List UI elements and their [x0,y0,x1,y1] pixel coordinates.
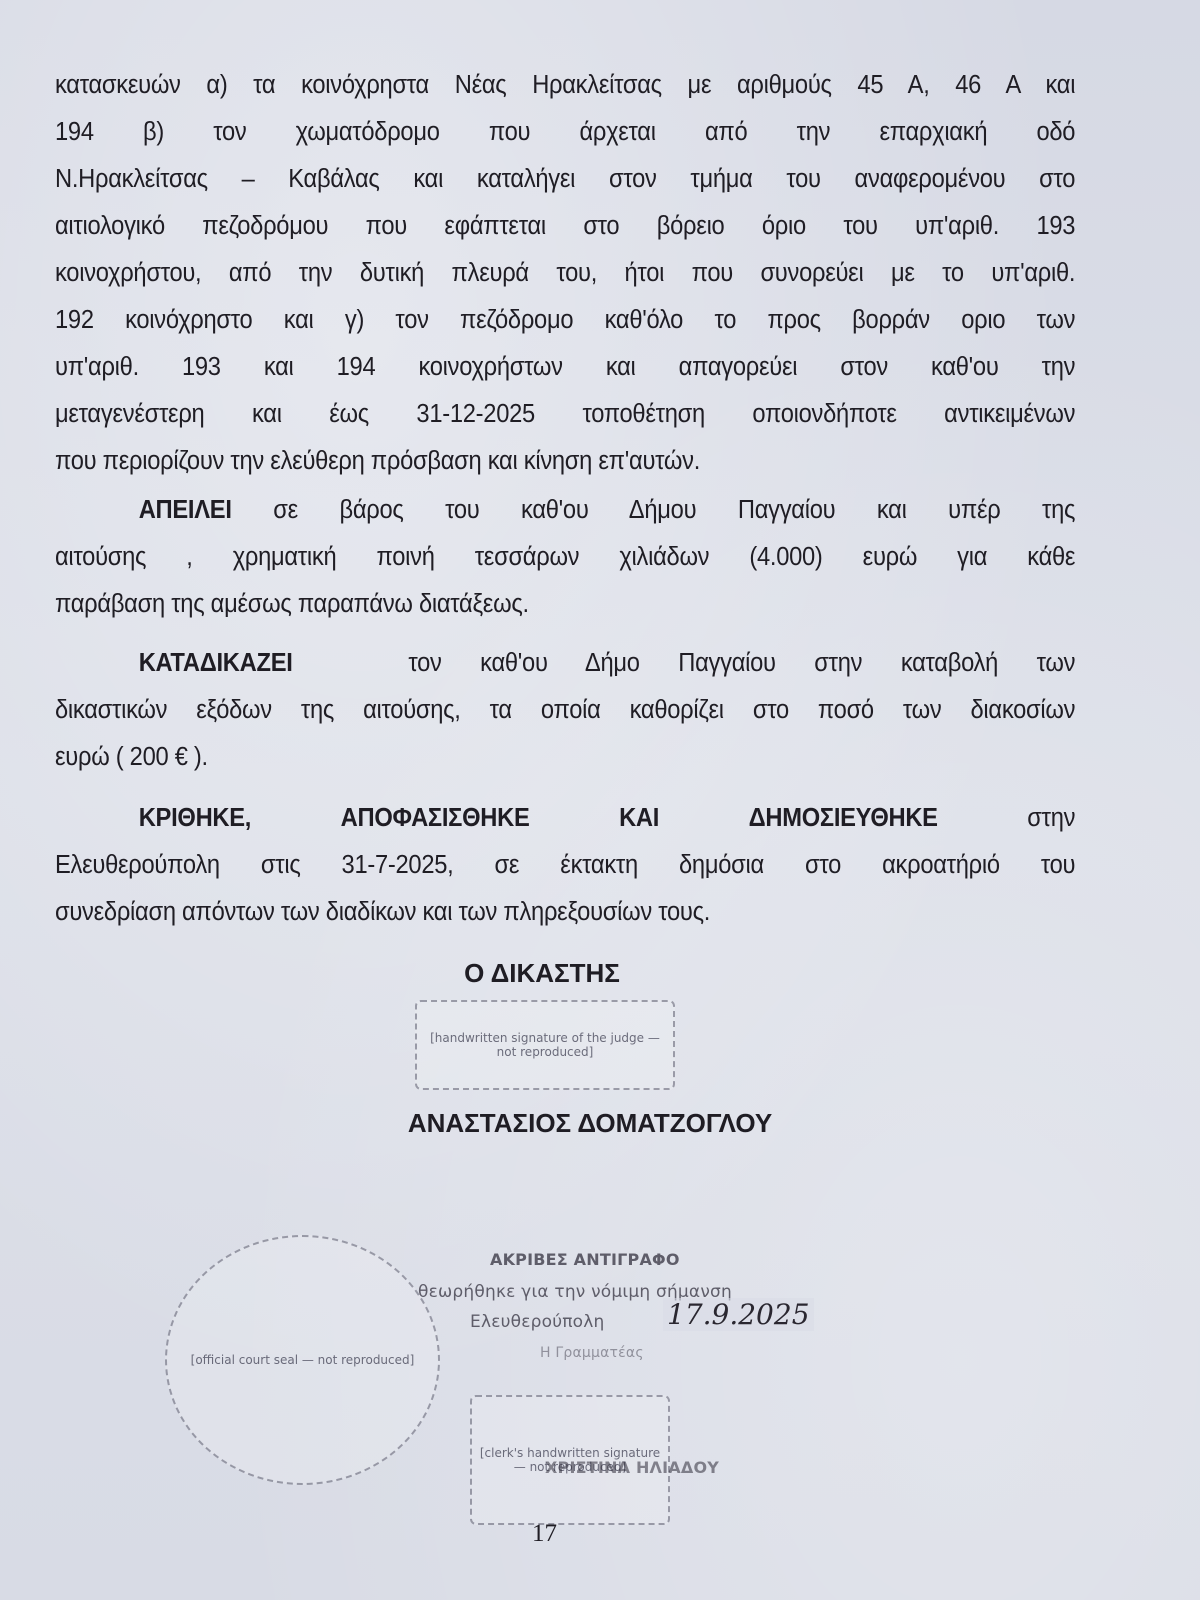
text-segment: σε βάρος του καθ'ου Δήμου Παγγαίου και υ… [273,496,1075,524]
text-line: υπ'αριθ. 193 και 194 κοινοχρήστων και απ… [55,344,1075,391]
ruling-keyword: ΑΠΟΦΑΣΙΣΘΗΚΕ [341,804,530,832]
text-line: μεταγενέστερη και έως 31-12-2025 τοποθέτ… [55,391,1075,438]
text-line: που περιορίζουν την ελεύθερη πρόσβαση κα… [55,438,1075,485]
text-line: 192 κοινόχρηστο και γ) τον πεζόδρομο καθ… [55,297,1075,344]
judge-title: Ο ΔΙΚΑΣΤΗΣ [0,958,1142,989]
document-page: κατασκευών α) τα κοινόχρηστα Νέας Ηρακλε… [0,0,1200,1600]
text-line: αιτούσης , χρηματική ποινή τεσσάρων χιλι… [55,534,1075,581]
paragraph-threatens: ΑΠΕΙΛΕΙ σε βάρος του καθ'ου Δήμου Παγγαί… [55,487,1075,628]
text-line: ΚΑΤΑΔΙΚΑΖΕΙ τον καθ'ου Δήμο Παγγαίου στη… [55,640,1075,687]
text-line: κατασκευών α) τα κοινόχρηστα Νέας Ηρακλε… [55,62,1075,109]
text-segment: τον καθ'ου Δήμο Παγγαίου στην καταβολή τ… [408,649,1075,677]
text-line: 194 β) τον χωματόδρομο που άρχεται από τ… [55,109,1075,156]
text-line: Ελευθερούπολη στις 31-7-2025, σε έκτακτη… [55,842,1075,889]
text-line: δικαστικών εξόδων της αιτούσης, τα οποία… [55,687,1075,734]
text-line: κοινοχρήστου, από την δυτική πλευρά του,… [55,250,1075,297]
paragraph-decided: ΚΡΙΘΗΚΕ, ΑΠΟΦΑΣΙΣΘΗΚΕ ΚΑΙ ΔΗΜΟΣΙΕΥΘΗΚΕ σ… [55,795,1075,936]
text-line: ευρώ ( 200 € ). [55,734,1075,781]
text-line: ΚΡΙΘΗΚΕ, ΑΠΟΦΑΣΙΣΘΗΚΕ ΚΑΙ ΔΗΜΟΣΙΕΥΘΗΚΕ σ… [55,795,1075,842]
ruling-keyword: ΑΠΕΙΛΕΙ [139,496,232,524]
certification-place: Ελευθερούπολη [470,1312,605,1332]
text-line: παράβαση της αμέσως παραπάνω διατάξεως. [55,581,1075,628]
page-number: 17 [532,1520,557,1548]
paragraph-orders-costs: ΚΑΤΑΔΙΚΑΖΕΙ τον καθ'ου Δήμο Παγγαίου στη… [55,640,1075,781]
ruling-keyword: ΚΑΙ [619,804,659,832]
text-line: συνεδρίαση απόντων των διαδίκων και των … [55,889,1075,936]
judge-name: ΑΝΑΣΤΑΣΙΟΣ ΔΟΜΑΤΖΟΓΛΟΥ [0,1108,1190,1139]
judge-signature-placeholder: [handwritten signature of the judge — no… [415,1000,675,1090]
certification-date: 17.9.2025 [663,1298,814,1331]
text-line: ΑΠΕΙΛΕΙ σε βάρος του καθ'ου Δήμου Παγγαί… [55,487,1075,534]
text-segment: στην [1027,804,1075,832]
ruling-keyword: ΚΑΤΑΔΙΚΑΖΕΙ [139,649,293,677]
ruling-keyword: ΚΡΙΘΗΚΕ, [139,804,251,832]
clerk-name: ΧΡΙΣΤΙΝΑ ΗΛΙΑΔΟΥ [545,1458,719,1477]
ruling-keyword: ΔΗΜΟΣΙΕΥΘΗΚΕ [749,804,938,832]
text-line: Ν.Ηρακλείτσας – Καβάλας και καταλήγει στ… [55,156,1075,203]
court-seal-placeholder: [official court seal — not reproduced] [165,1235,440,1485]
paragraph-continuation: κατασκευών α) τα κοινόχρηστα Νέας Ηρακλε… [55,62,1075,485]
clerk-role: Η Γραμματέας [540,1345,644,1361]
certified-copy-title: ΑΚΡΙΒΕΣ ΑΝΤΙΓΡΑΦΟ [490,1250,680,1269]
text-line: αιτιολογικό πεζοδρόμου που εφάπτεται στο… [55,203,1075,250]
